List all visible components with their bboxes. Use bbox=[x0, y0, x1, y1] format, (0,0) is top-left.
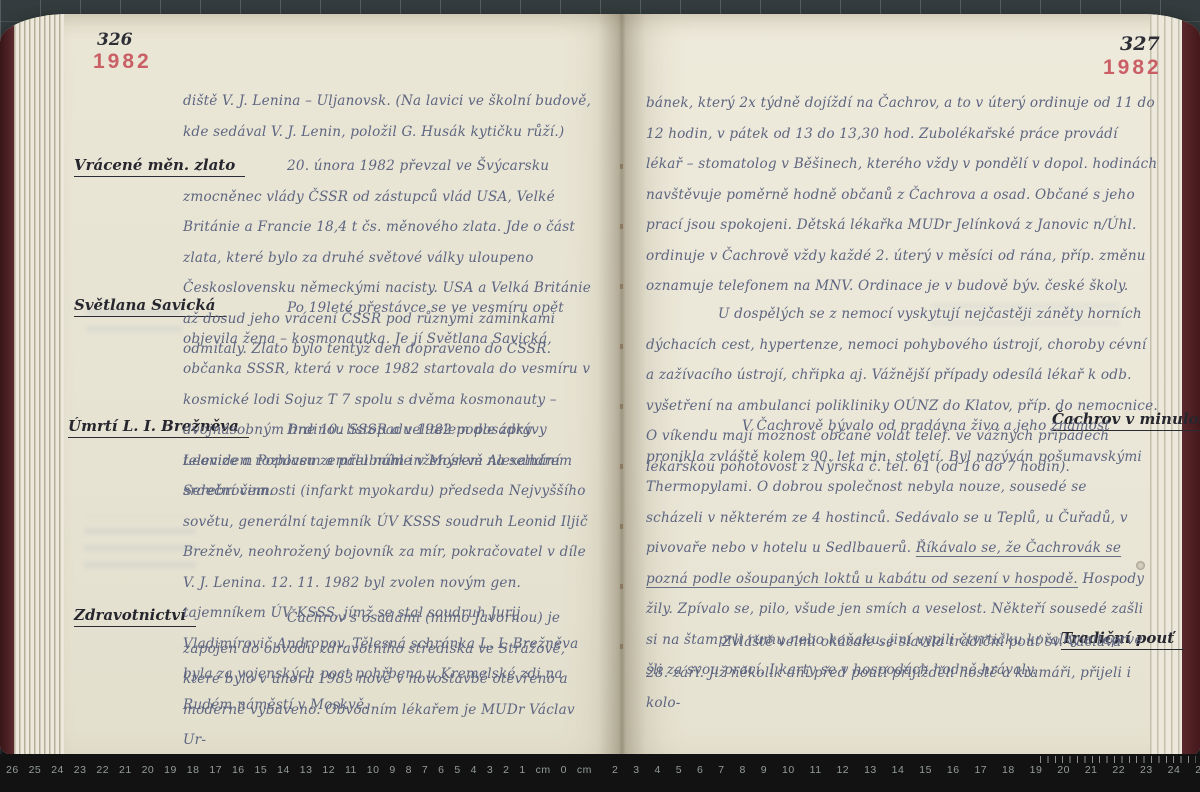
left-page-number: 326 bbox=[97, 30, 133, 50]
paragraph-doctor-continuation: bánek, který 2x týdně dojíždí na Čachrov… bbox=[646, 88, 1158, 302]
ink-bleed-through bbox=[930, 300, 1120, 326]
left-year-stamp: 1982 bbox=[93, 50, 152, 74]
heading-zdravotnictvi: Zdravotnictví bbox=[74, 606, 196, 627]
ink-bleed-through bbox=[86, 298, 182, 332]
ink-bleed-through bbox=[84, 516, 196, 568]
history-text-before: V Čachrově bývalo od pradávna živo a jeh… bbox=[646, 418, 1142, 556]
right-year-stamp: 1982 bbox=[1103, 56, 1162, 80]
paper-flaw-dot bbox=[1136, 561, 1145, 570]
archival-photo-of-chronicle: 326 1982 327 1982 Vrácené měn. zlato Svě… bbox=[0, 0, 1200, 792]
paragraph-zdravotnictvi: Čachrov s osadami (mimo Javornou) je zap… bbox=[183, 603, 601, 756]
right-page-number: 327 bbox=[1120, 33, 1160, 55]
paragraph-tradicni-pout: Zvláště velmi okázale se slavila tradičn… bbox=[646, 627, 1146, 719]
page-content: 326 1982 327 1982 Vrácené měn. zlato Svě… bbox=[0, 0, 1200, 792]
paragraph-lenin-birthplace: diště V. J. Lenina – Uljanovsk. (Na lavi… bbox=[183, 86, 601, 147]
